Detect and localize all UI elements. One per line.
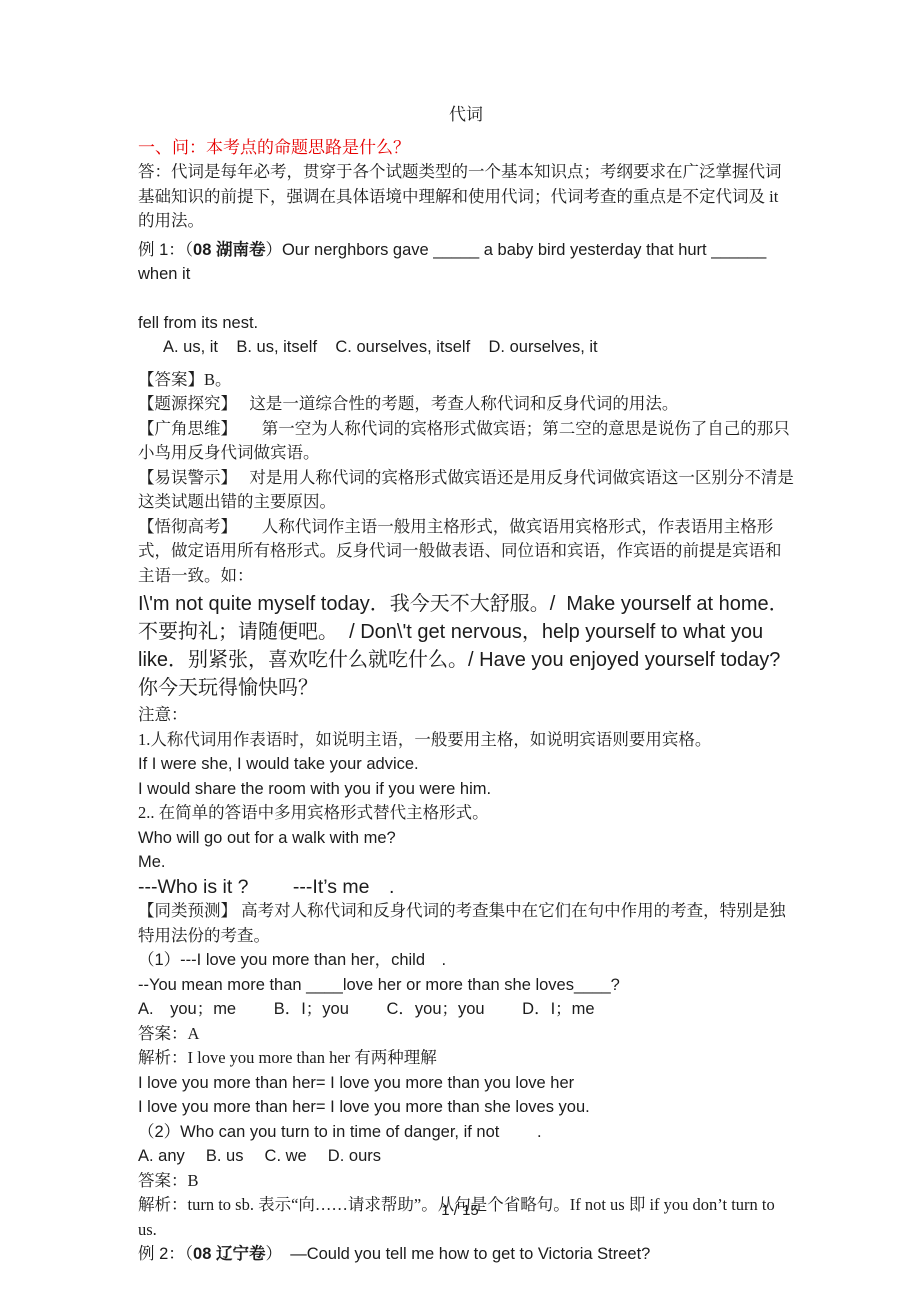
paragraph: 【题源探究】 这是一道综合性的考题，考查人称代词和反身代词的用法。 xyxy=(138,392,794,417)
example-2-question: 例 2：（08 辽宁卷） —Could you tell me how to g… xyxy=(138,1242,794,1267)
paragraph: Me. xyxy=(138,850,794,875)
example-1-choices: A. us, it B. us, itself C. ourselves, it… xyxy=(138,335,794,360)
paragraph: fell from its nest. xyxy=(138,311,794,336)
answer-line: 【答案】B。 xyxy=(138,368,794,393)
paragraph: 1.人称代词用作表语时，如说明主语，一般要用主格，如说明宾语则要用宾格。 xyxy=(138,728,794,753)
document-page: 代词 一、问：本考点的命题思路是什么？ 答：代词是每年必考，贯穿于各个试题类型的… xyxy=(0,0,920,1302)
paragraph: ---Who is it ? ---It’s me . xyxy=(138,875,794,900)
paragraph: A. any B. us C. we D. ours xyxy=(138,1144,794,1169)
paragraph-container: 答：代词是每年必考，贯穿于各个试题类型的一个基本知识点；考纲要求在广泛掌握代词基… xyxy=(138,160,794,1267)
paragraph: 【悟彻高考】 人称代词作主语一般用主格形式，做宾语用宾格形式，作表语用主格形式，… xyxy=(138,515,794,589)
paragraph: 2.. 在简单的答语中多用宾格形式替代主格形式。 xyxy=(138,801,794,826)
text-segment: 例 2：（ xyxy=(138,1245,193,1263)
paragraph: 【同类预测】 高考对人称代词和反身代词的考查集中在它们在句中作用的考查，特别是独… xyxy=(138,899,794,948)
paragraph: I would share the room with you if you w… xyxy=(138,777,794,802)
exam-source-label: 08 辽宁卷 xyxy=(193,1245,265,1263)
paragraph: I love you more than her= I love you mor… xyxy=(138,1095,794,1120)
answer-line: 答案：A xyxy=(138,1022,794,1047)
paragraph: If I were she, I would take your advice. xyxy=(138,752,794,777)
section-heading-red: 一、问：本考点的命题思路是什么？ xyxy=(138,136,794,160)
document-body: 代词 一、问：本考点的命题思路是什么？ 答：代词是每年必考，贯穿于各个试题类型的… xyxy=(138,103,794,1267)
paragraph: 答：代词是每年必考，贯穿于各个试题类型的一个基本知识点；考纲要求在广泛掌握代词基… xyxy=(138,160,794,234)
paragraph: 【易误警示】 对是用人称代词的宾格形式做宾语还是用反身代词做宾语这一区别分不清是… xyxy=(138,466,794,515)
paragraph: 解析：I love you more than her 有两种理解 xyxy=(138,1046,794,1071)
text-segment: 例 1：（ xyxy=(138,241,193,259)
example-sentences: I\'m not quite myself today．我今天不大舒服。/ Ma… xyxy=(138,590,794,702)
example-1-question: 例 1：（08 湖南卷）Our nerghbors gave _____ a b… xyxy=(138,238,794,287)
paragraph: Who will go out for a walk with me? xyxy=(138,826,794,851)
page-number: 1 / 15 xyxy=(0,1202,920,1219)
paragraph: --You mean more than ____love her or mor… xyxy=(138,973,794,998)
paragraph: 注意： xyxy=(138,703,794,728)
paragraph: （2）Who can you turn to in time of danger… xyxy=(138,1120,794,1145)
paragraph: （1）---I love you more than her，child . xyxy=(138,948,794,973)
exam-source-label: 08 湖南卷 xyxy=(193,241,265,259)
paragraph: 【广角思维】 第一空为人称代词的宾格形式做宾语；第二空的意思是说伤了自己的那只小… xyxy=(138,417,794,466)
paragraph: A. you；me B．I；you C．you；you D．I；me xyxy=(138,997,794,1022)
document-title: 代词 xyxy=(138,103,794,127)
answer-line: 答案：B xyxy=(138,1169,794,1194)
paragraph: I love you more than her= I love you mor… xyxy=(138,1071,794,1096)
text-segment: ） —Could you tell me how to get to Victo… xyxy=(265,1245,650,1263)
